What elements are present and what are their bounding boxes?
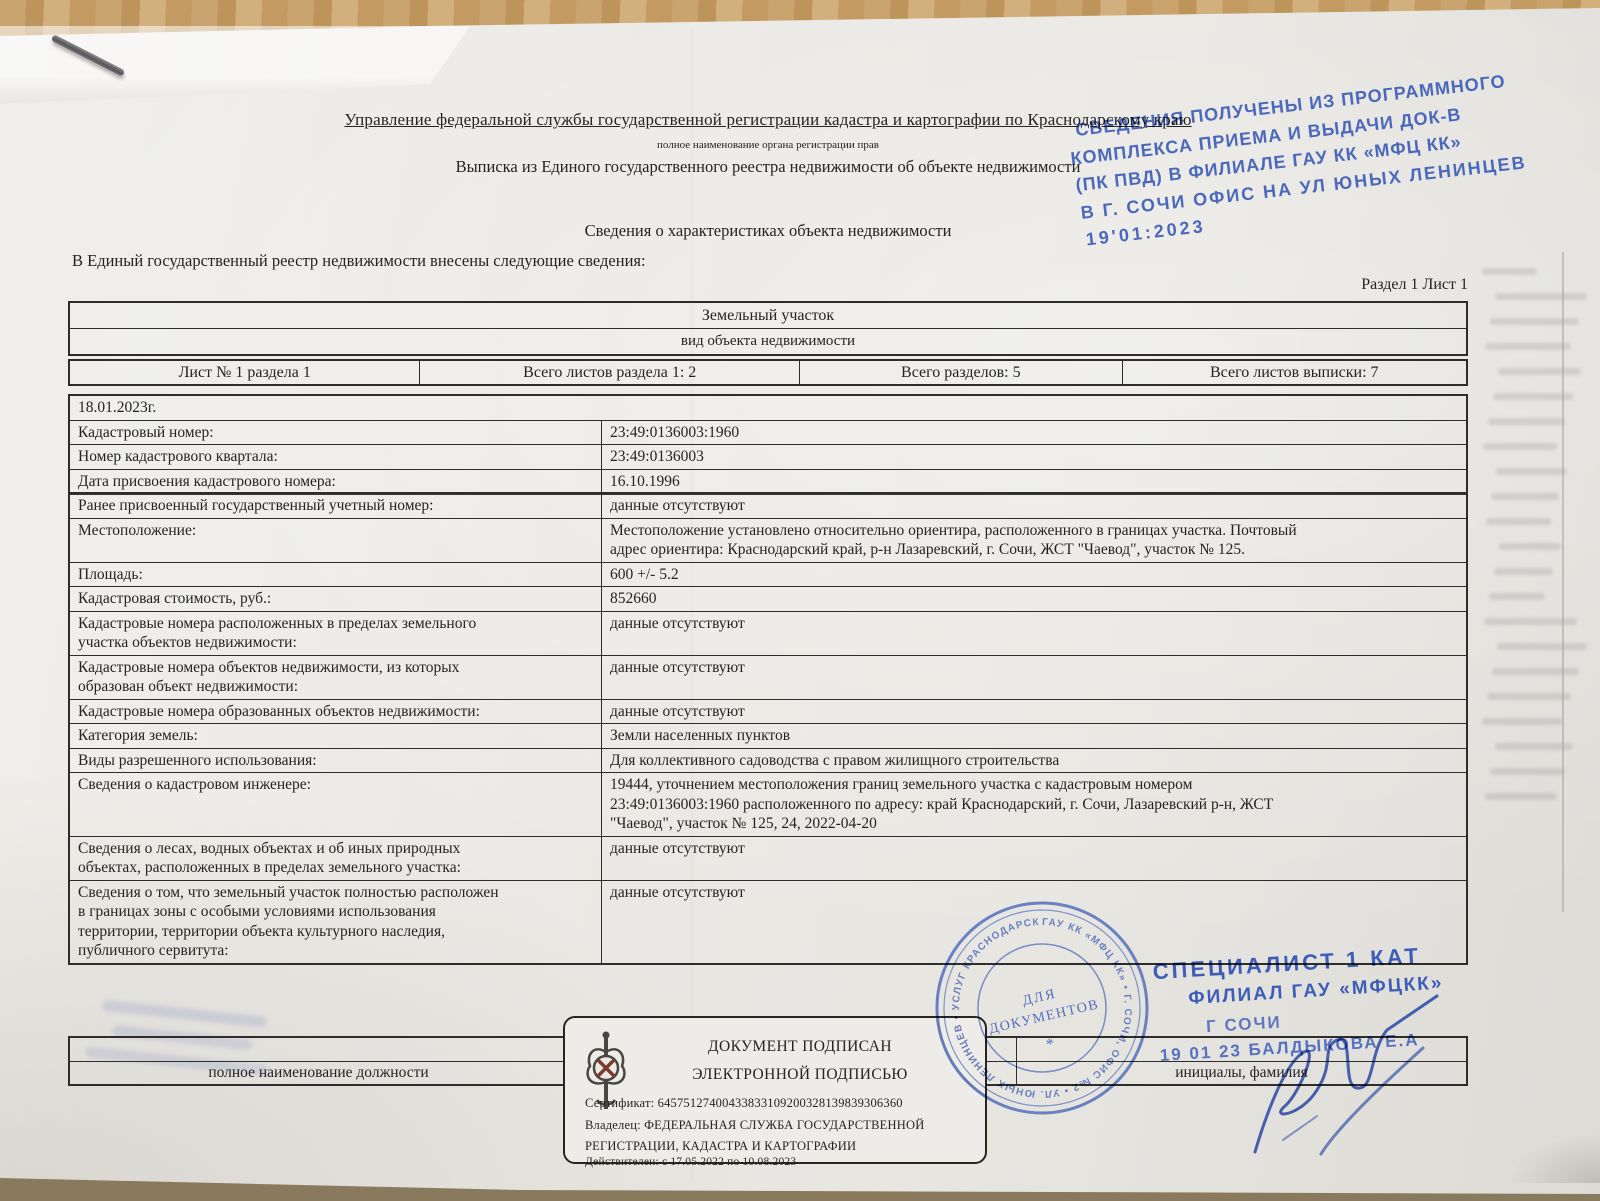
- row-label: Категория земель:: [70, 724, 602, 748]
- row-value: данные отсутствуют: [602, 837, 1466, 880]
- table-row: Сведения о лесах, водных объектах и об и…: [70, 837, 1466, 881]
- row-label: Сведения о том, что земельный участок по…: [70, 881, 602, 963]
- electronic-signature-box: ДОКУМЕНТ ПОДПИСАН ЭЛЕКТРОННОЙ ПОДПИСЬЮ С…: [563, 1016, 987, 1164]
- row-value: данные отсутствуют: [602, 612, 1466, 655]
- row-value: 852660: [602, 587, 1466, 611]
- row-value: 23:49:0136003:1960: [602, 421, 1466, 445]
- row-label: Ранее присвоенный государственный учетны…: [70, 494, 602, 518]
- row-label: Кадастровая стоимость, руб.:: [70, 587, 602, 611]
- table-row: Кадастровые номера образованных объектов…: [70, 700, 1466, 725]
- row-label: Кадастровый номер:: [70, 421, 602, 445]
- esign-title-line2: ЭЛЕКТРОННОЙ ПОДПИСЬЮ: [635, 1066, 965, 1084]
- row-label: Площадь:: [70, 563, 602, 587]
- row-value: 23:49:0136003: [602, 445, 1466, 469]
- table-row: Номер кадастрового квартала:23:49:013600…: [70, 445, 1466, 470]
- esign-owner-line1: Владелец: ФЕДЕРАЛЬНАЯ СЛУЖБА ГОСУДАРСТВЕ…: [585, 1118, 924, 1133]
- esign-owner-line2: РЕГИСТРАЦИИ, КАДАСТРА И КАРТОГРАФИИ: [585, 1139, 856, 1154]
- intro-line: В Единый государственный реестр недвижим…: [72, 251, 646, 271]
- row-label: Сведения о лесах, водных объектах и об и…: [70, 837, 602, 880]
- stamp-center-line1: ДЛЯ: [1021, 987, 1058, 1009]
- sheet-info-table: Лист № 1 раздела 1Всего листов раздела 1…: [68, 359, 1468, 386]
- empty-cell: [70, 1038, 567, 1061]
- row-label: Номер кадастрового квартала:: [70, 445, 602, 469]
- row-label: Кадастровые номера расположенных в преде…: [70, 612, 602, 655]
- row-value: данные отсутствуют: [602, 700, 1466, 724]
- sheet-info-cell: Всего разделов: 5: [800, 361, 1122, 384]
- cadastral-number-table: 18.01.2023г. Кадастровый номер:23:49:013…: [68, 394, 1468, 495]
- row-value: Для коллективного садоводства с правом ж…: [602, 749, 1466, 773]
- position-caption: полное наименование должности: [70, 1062, 567, 1085]
- table-row: Местоположение:Местоположение установлен…: [70, 519, 1466, 563]
- sheet-info-cell: Всего листов выписки: 7: [1123, 361, 1466, 384]
- document-sheet: Управление федеральной службы государств…: [0, 0, 1600, 1201]
- table-row: Дата присвоения кадастрового номера:16.1…: [70, 470, 1466, 494]
- table-row: Сведения о том, что земельный участок по…: [70, 881, 1466, 963]
- round-office-stamp: ГАУ КК «МФЦ КК» • Г. СОЧИ, ОФИС №2 • УЛ.…: [932, 898, 1152, 1118]
- row-value: данные отсутствуют: [602, 494, 1466, 518]
- row-value: 19444, уточнением местоположения границ …: [602, 773, 1466, 836]
- table-row: Кадастровые номера объектов недвижимости…: [70, 656, 1466, 700]
- table-row: Сведения о кадастровом инженере:19444, у…: [70, 773, 1466, 837]
- esign-certificate: Сертификат: 6457512740043383310920032813…: [585, 1096, 903, 1111]
- object-type-table: Земельный участок вид объекта недвижимос…: [68, 301, 1468, 356]
- row-value: 600 +/- 5.2: [602, 563, 1466, 587]
- table-row: Кадастровый номер:23:49:0136003:1960: [70, 421, 1466, 446]
- table-row: Ранее присвоенный государственный учетны…: [70, 494, 1466, 519]
- object-type-value: Земельный участок: [70, 303, 1466, 329]
- section-sheet-label: Раздел 1 Лист 1: [68, 276, 1468, 294]
- sheet-info-cell: Лист № 1 раздела 1: [70, 361, 420, 384]
- row-label: Виды разрешенного использования:: [70, 749, 602, 773]
- esign-title-line1: ДОКУМЕНТ ПОДПИСАН: [635, 1038, 965, 1056]
- table-row: Кадастровая стоимость, руб.:852660: [70, 587, 1466, 612]
- row-value: 16.10.1996: [602, 470, 1466, 494]
- row-label: Кадастровые номера образованных объектов…: [70, 700, 602, 724]
- esign-validity: Действителен: с 17.05.2022 по 10.08.2023: [585, 1156, 796, 1168]
- row-value: данные отсутствуют: [602, 656, 1466, 699]
- row-label: Сведения о кадастровом инженере:: [70, 773, 602, 836]
- row-value: Местоположение установлено относительно …: [602, 519, 1466, 562]
- record-date: 18.01.2023г.: [70, 396, 1466, 421]
- object-type-caption: вид объекта недвижимости: [70, 329, 1466, 354]
- row-value: Земли населенных пунктов: [602, 724, 1466, 748]
- table-row: Площадь:600 +/- 5.2: [70, 563, 1466, 588]
- table-row: Виды разрешенного использования:Для колл…: [70, 749, 1466, 774]
- table-row: Кадастровые номера расположенных в преде…: [70, 612, 1466, 656]
- stamp-asterisk: *: [1045, 1035, 1057, 1053]
- sheet-info-cell: Всего листов раздела 1: 2: [420, 361, 800, 384]
- row-label: Дата присвоения кадастрового номера:: [70, 470, 602, 494]
- table-row: Категория земель:Земли населенных пункто…: [70, 724, 1466, 749]
- object-details-table: Ранее присвоенный государственный учетны…: [68, 492, 1468, 965]
- photo-of-document: Управление федеральной службы государств…: [0, 0, 1600, 1201]
- handwritten-signature: [1225, 990, 1455, 1160]
- row-label: Местоположение:: [70, 519, 602, 562]
- row-label: Кадастровые номера объектов недвижимости…: [70, 656, 602, 699]
